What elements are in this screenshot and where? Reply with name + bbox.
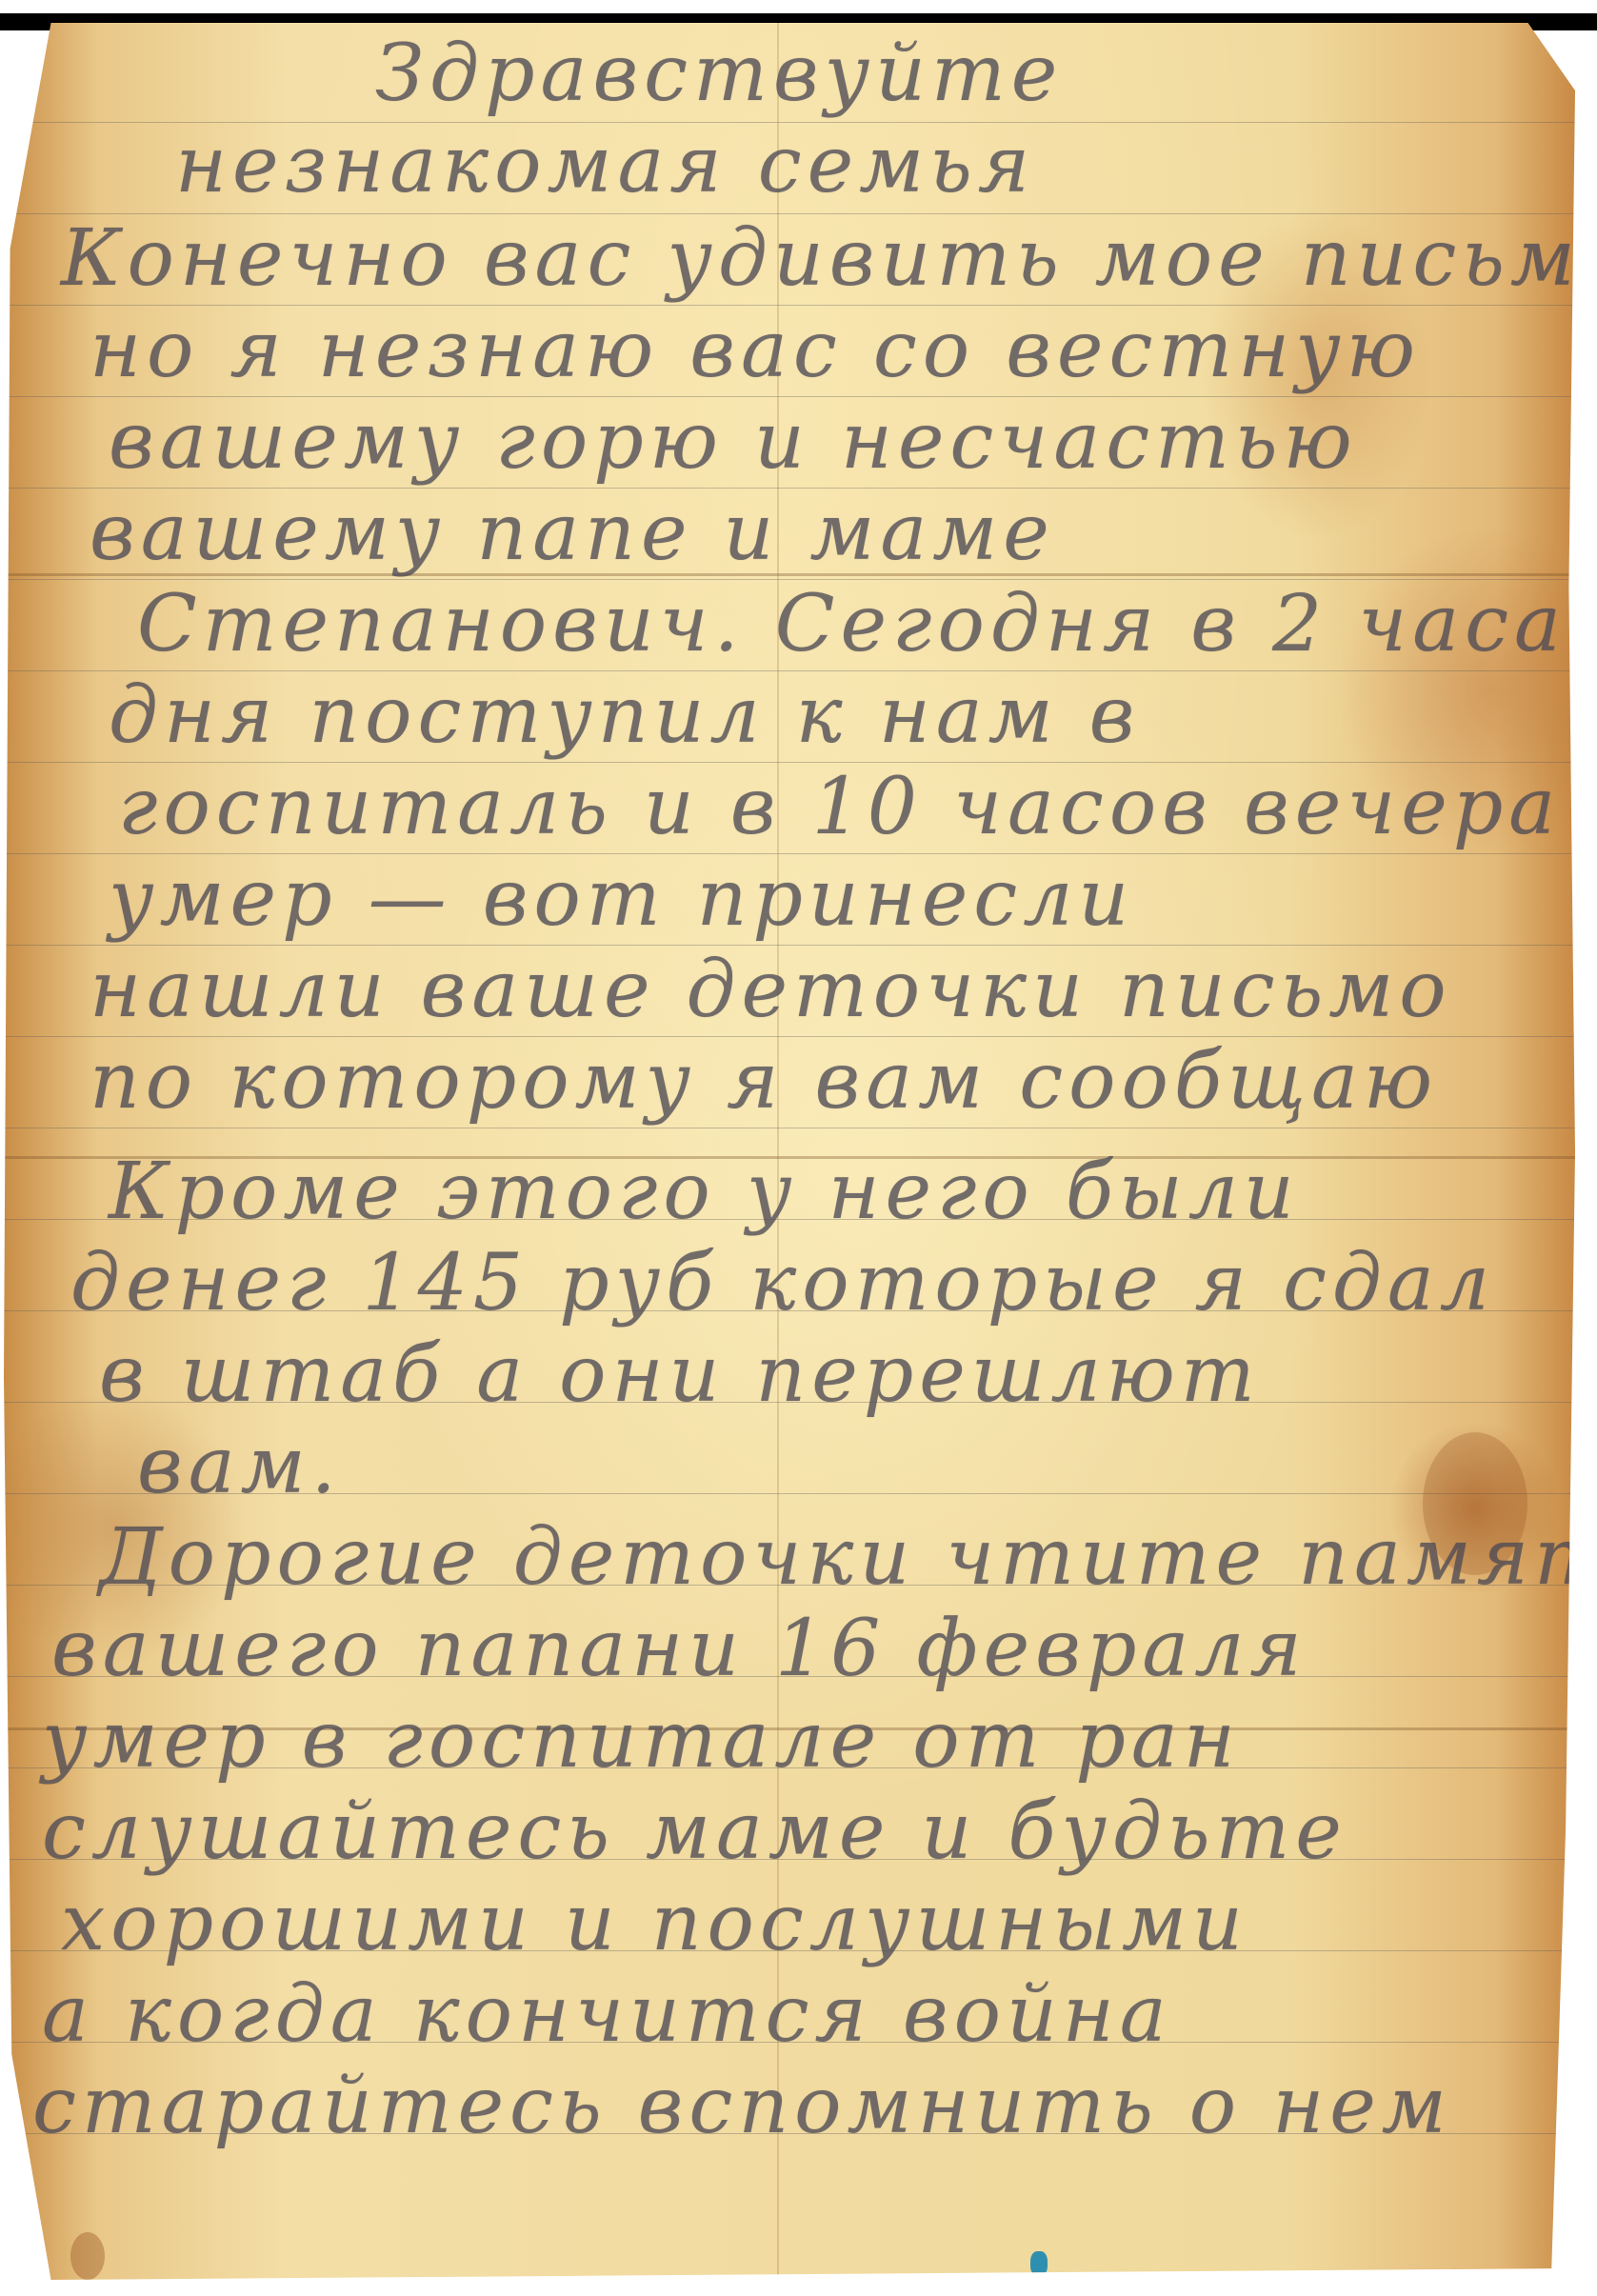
letter-line: дня поступил к нам в bbox=[109, 670, 1140, 761]
letter-line: вашего папани 16 февраля bbox=[51, 1604, 1308, 1694]
letter-line: Конечно вас удивить мое письмо bbox=[61, 213, 1597, 304]
letter-line: незнакомая семья bbox=[175, 120, 1035, 210]
letter-line: но я незнаю вас со вестную bbox=[90, 305, 1421, 395]
letter-line: госпиталь и в 10 часов вечера bbox=[118, 762, 1561, 852]
letter-line: вашему папе и маме bbox=[90, 488, 1055, 578]
letter-line: Дорогие деточки чтите память bbox=[99, 1512, 1597, 1603]
letter-line: нашли ваше деточки письмо bbox=[90, 945, 1452, 1035]
letter-line: Здравствуйте bbox=[375, 29, 1063, 119]
letter-line: в штаб а они перешлют bbox=[99, 1329, 1261, 1420]
ruled-line bbox=[4, 1128, 1575, 1128]
letter-line: умер в госпитале от ран bbox=[42, 1695, 1241, 1786]
stain bbox=[70, 2232, 105, 2280]
letter-line: денег 145 руб которые я сдал bbox=[70, 1238, 1495, 1328]
letter-line: Степанович. Сегодня в 2 часа bbox=[137, 579, 1567, 669]
letter-line: старайтесь вспомнить о нем bbox=[32, 2061, 1452, 2151]
letter-line: вам. bbox=[137, 1421, 342, 1511]
letter-line: хорошими и послушными bbox=[61, 1878, 1248, 1968]
ink-spot bbox=[1030, 2251, 1048, 2276]
letter-line: вашему горю и несчастью bbox=[109, 396, 1358, 487]
letter-line: умер — вот принесли bbox=[109, 853, 1134, 944]
letter-line: по которому я вам сообщаю bbox=[90, 1036, 1438, 1127]
letter-line: а когда кончится война bbox=[42, 1969, 1172, 2060]
letter-paper: Здравствуйте незнакомая семья Конечно ва… bbox=[4, 23, 1575, 2280]
letter-line: слушайтесь маме и будьте bbox=[42, 1787, 1347, 1877]
letter-line: Кроме этого у него были bbox=[109, 1147, 1300, 1237]
